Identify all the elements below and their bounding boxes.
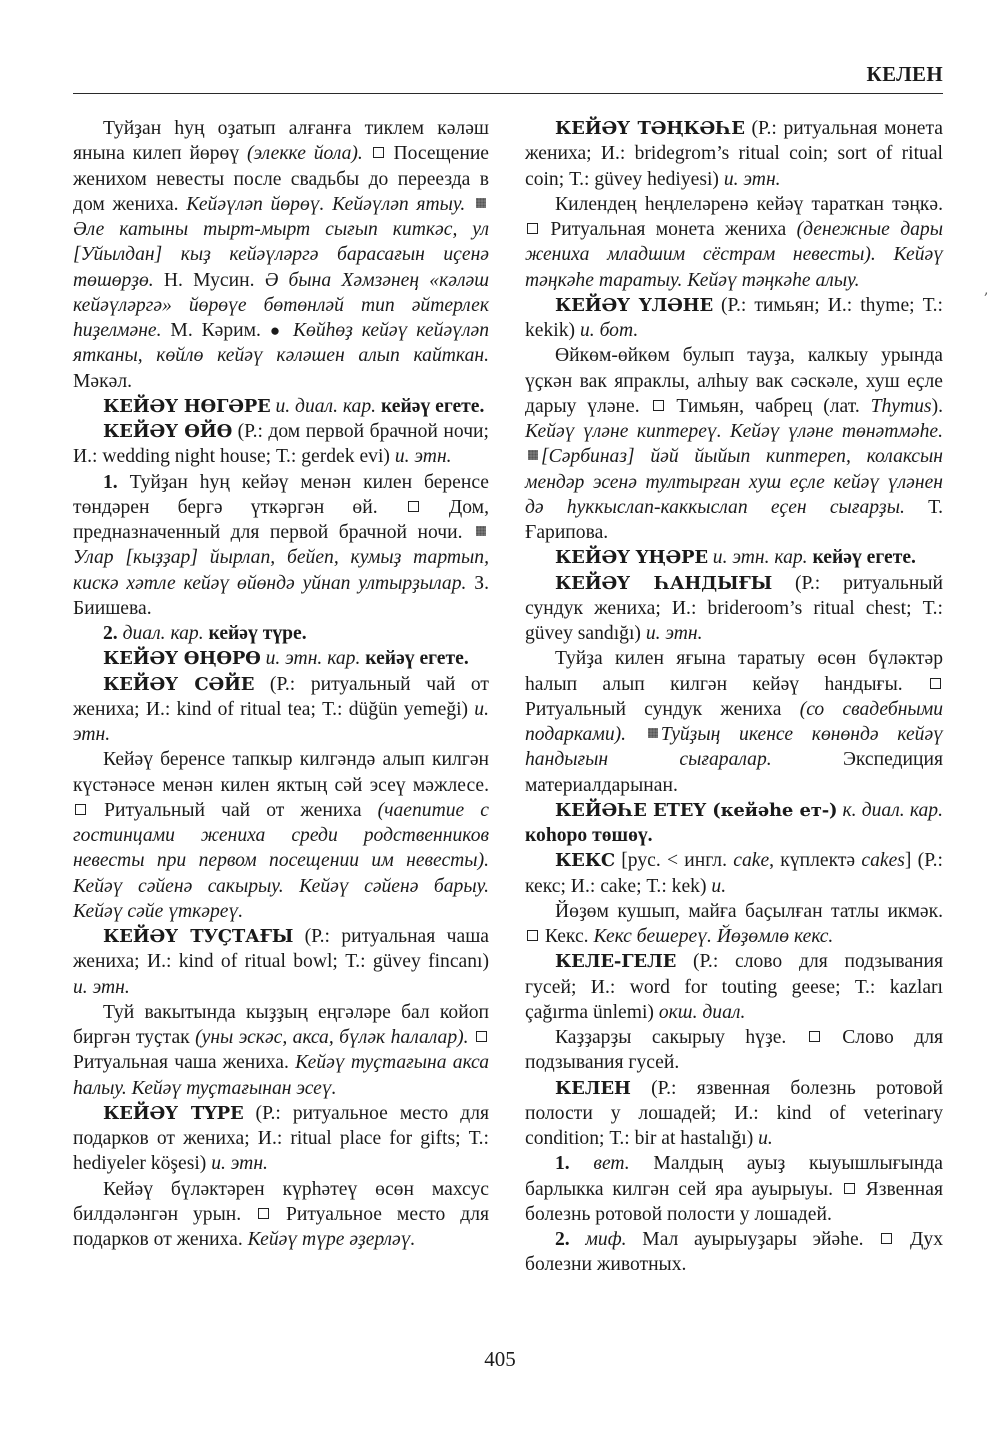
headword: КЕКС [555, 850, 615, 871]
example-marker-icon [648, 728, 658, 738]
entry-keyau-tanka: КЕЙӘҮ ТӘҢКӘҺЕ (Р.: ритуальная монета жен… [525, 116, 943, 192]
cross-reference: кейәү егете. [360, 648, 468, 669]
proverb-bullet-icon: ● [270, 321, 284, 340]
headword: КЕЙӘҮ СӘЙЕ [103, 674, 254, 695]
headword: КЕЙӘҮ ҺАНДЫҒЫ [555, 573, 772, 594]
entry-kele-gele: КЕЛЕ-ГЕЛЕ (Р.: слово для подзывания гусе… [525, 949, 943, 1025]
cross-reference: кейәү егете. [376, 396, 484, 417]
headword: КЕЙӘҮ ӨЙӨ [103, 421, 232, 442]
headword: КЕЙӘҮ ТӘҢКӘҺЕ [555, 118, 745, 139]
page-number: 405 [0, 1347, 1000, 1372]
headword: КЕЙӘҮ ҮЛӘНЕ [555, 295, 713, 316]
cross-reference: кейәү түре. [204, 623, 307, 644]
running-head: КЕЛЕН [523, 62, 943, 87]
headword: КЕЙӘҮ ТҮРЕ [103, 1103, 244, 1124]
sense-1: 1. вет. Малдың ауыҙ кыуышлығында барлыкк… [525, 1151, 943, 1227]
example-marker-icon [476, 198, 486, 208]
entry-keyau-unare: КЕЙӘҮ ҮҢӘРЕ и. этн. кар. кейәү егете. [525, 545, 943, 570]
translation-marker-icon [527, 930, 538, 941]
definition: Каҙҙарҙы сакырыу һүҙе. Слово для подзыва… [525, 1025, 943, 1076]
translation-marker-icon [881, 1233, 892, 1244]
headword: КЕЛЕ-ГЕЛЕ [555, 951, 676, 972]
translation-marker-icon [373, 147, 384, 158]
sense-2: 2. миф. Мал ауырыуҙары эйәһе. Дух болезн… [525, 1227, 943, 1278]
translation-marker-icon [653, 400, 664, 411]
entry-continuation: Туйҙан һуң оҙатып алғанға тиклем кәләш я… [73, 116, 489, 394]
entry-keks: КЕКС [рус. < ингл. cake, күплектә cakes]… [525, 848, 943, 899]
entry-keyau-onoro: КЕЙӘҮ ӨҢӨРӨ и. этн. кар. кейәү егете. [73, 646, 489, 671]
translation-marker-icon [527, 223, 538, 234]
cross-reference: коһоро төшөү. [525, 825, 653, 846]
headword: КЕЛЕН [555, 1078, 631, 1099]
translation-marker-icon [844, 1183, 855, 1194]
headword: КЕЙӘҮ ҮҢӘРЕ [555, 547, 708, 568]
definition: Туйҙа килен яғына таратыу өсөн бүләктәр … [525, 646, 943, 798]
left-column: Туйҙан һуң оҙатып алғанға тиклем кәләш я… [73, 116, 489, 1252]
entry-keyau-ulane: КЕЙӘҮ ҮЛӘНЕ (Р.: тимьян; И.: thyme; Т.: … [525, 293, 943, 344]
entry-keyahe-eteu: КЕЙӘҺЕ ЕТЕҮ (кейәһе ет-) к. диал. кар. к… [525, 798, 943, 849]
translation-marker-icon [476, 1031, 487, 1042]
definition: Кейәү беренсе тапкыр килгәндә алып килгә… [73, 747, 489, 924]
definition: Өйкөм-өйкөм булып тауҙа, калкыу урында ү… [525, 343, 943, 545]
right-column: КЕЙӘҮ ТӘҢКӘҺЕ (Р.: ритуальная монета жен… [525, 116, 943, 1278]
sense-2: 2. диал. кар. кейәү түре. [73, 621, 489, 646]
entry-keyau-tustagy: КЕЙӘҮ ТУҪТАҒЫ (Р.: ритуальная чаша жених… [73, 924, 489, 1000]
headword: КЕЙӘҮ ӨҢӨРӨ [103, 648, 261, 669]
translation-marker-icon [258, 1208, 269, 1219]
translation-marker-icon [75, 804, 86, 815]
headword: КЕЙӘҮ ТУҪТАҒЫ [103, 926, 293, 947]
definition: Туй вакытында кыҙҙың еңгәләре бал койоп … [73, 1000, 489, 1101]
headword: КЕЙӘҮ НӨГӘРЕ [103, 396, 271, 417]
headword: КЕЙӘҺЕ ЕТЕҮ (кейәһе ет-) [555, 800, 837, 821]
margin-mark: , [984, 282, 988, 298]
header-rule [73, 93, 943, 94]
example-marker-icon [476, 526, 486, 536]
translation-marker-icon [809, 1031, 820, 1042]
entry-keyau-oyo: КЕЙӘҮ ӨЙӨ (Р.: дом первой брачной ночи; … [73, 419, 489, 470]
definition: Йөҙөм кушып, майға баҫылған татлы икмәк.… [525, 899, 943, 950]
entry-keyau-handygy: КЕЙӘҮ ҺАНДЫҒЫ (Р.: ритуальный сундук жен… [525, 571, 943, 647]
definition: Килендең һеңлеләренә кейәү тараткан тәңк… [525, 192, 943, 293]
translation-marker-icon [930, 678, 941, 689]
cross-reference: кейәү егете. [808, 547, 916, 568]
entry-keyau-nogare: КЕЙӘҮ НӨГӘРЕ и. диал. кар. кейәү егете. [73, 394, 489, 419]
sense-1: 1. Туйҙан һуң кейәү менән килен беренсе … [73, 470, 489, 622]
example-marker-icon [528, 450, 538, 460]
entry-keyau-ture: КЕЙӘҮ ТҮРЕ (Р.: ритуальное место для под… [73, 1101, 489, 1177]
entry-keyau-saye: КЕЙӘҮ СӘЙЕ (Р.: ритуальный чай от жениха… [73, 672, 489, 748]
translation-marker-icon [408, 501, 419, 512]
entry-kelen: КЕЛЕН (Р.: язвенная болезнь ротовой поло… [525, 1076, 943, 1152]
definition: Кейәү бүләктәрен күрһәтеү өсөн махсус би… [73, 1177, 489, 1253]
